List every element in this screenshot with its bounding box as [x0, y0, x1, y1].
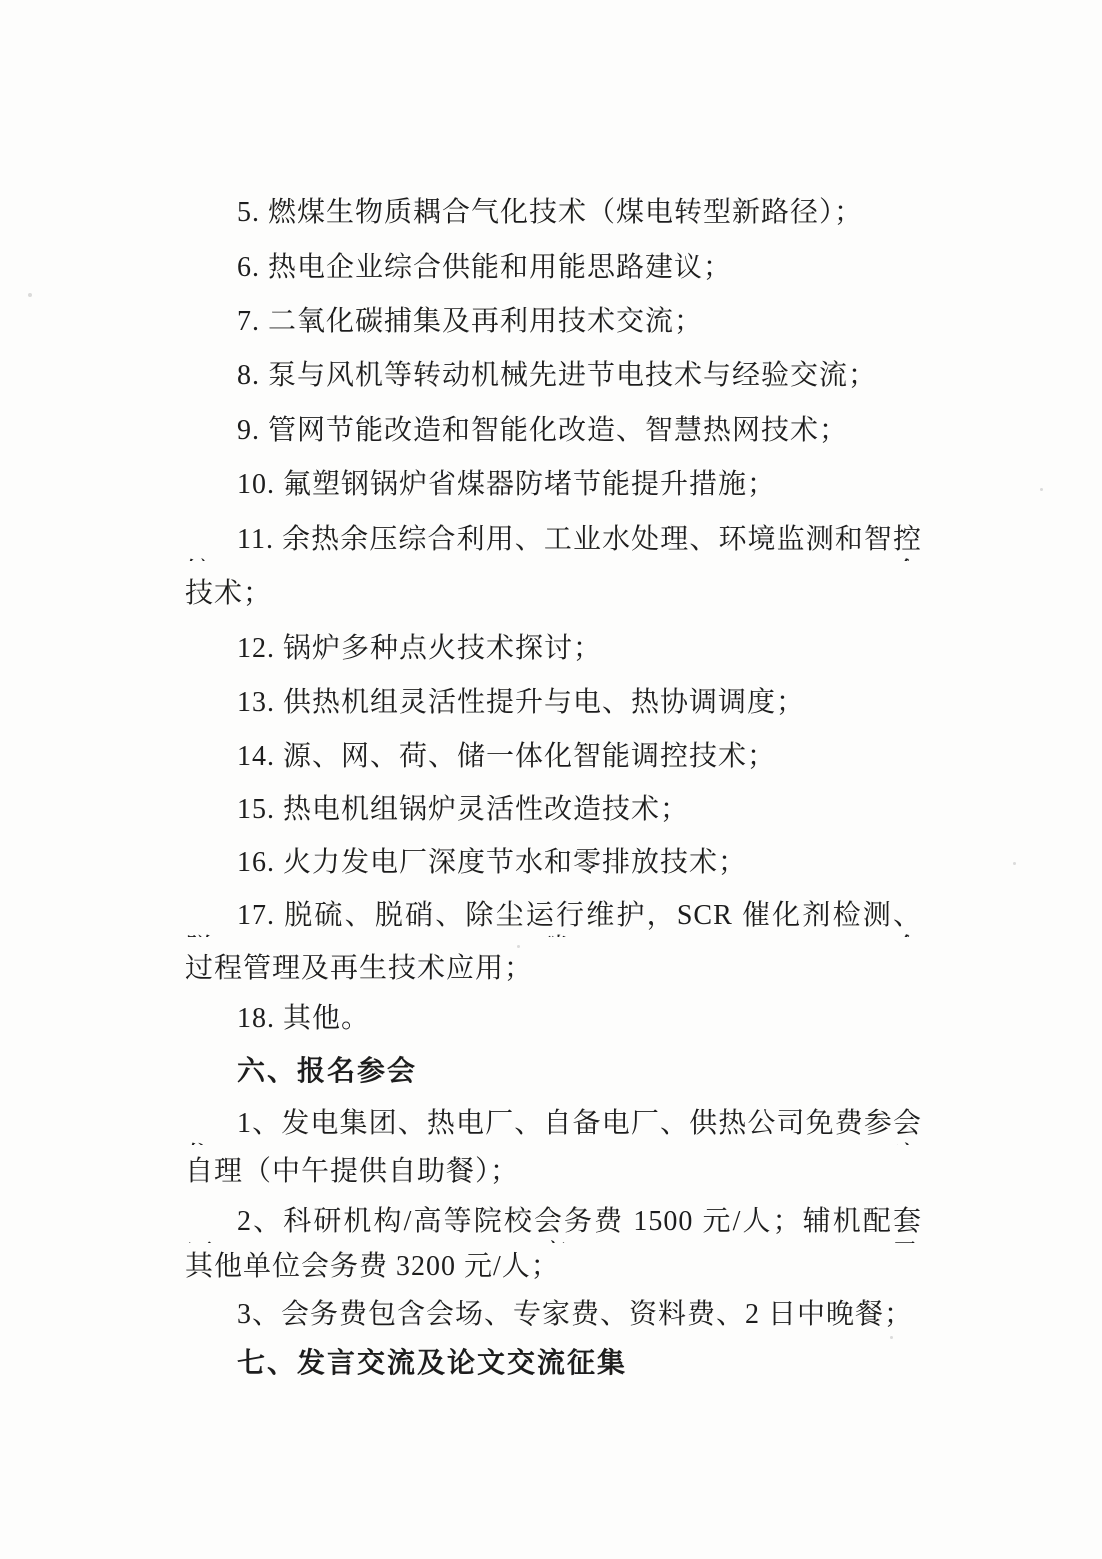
scan-speck [517, 945, 520, 948]
registration-item-3: 3、会务费包含会场、专家费、资料费、2 日中晚餐； [185, 1298, 922, 1332]
scan-speck [1013, 862, 1016, 865]
list-item-14: 14. 源、网、荷、储一体化智能调控技术； [185, 740, 922, 774]
section-heading-6-registration: 六、报名参会 [185, 1055, 922, 1089]
list-item-11: 11. 余热余压综合利用、工业水处理、环境监测和智控综合 [185, 523, 922, 561]
list-item-9: 9. 管网节能改造和智能化改造、智慧热网技术； [185, 414, 922, 448]
list-item-8: 8. 泵与风机等转动机械先进节电技术与经验交流； [185, 359, 922, 393]
scan-speck [1040, 488, 1043, 491]
list-item-17: 17. 脱硫、脱硝、除尘运行维护，SCR 催化剂检测、脱硝全 [185, 899, 922, 937]
registration-item-2-continuation: 其他单位会务费 3200 元/人； [185, 1250, 922, 1284]
list-item-13: 13. 供热机组灵活性提升与电、热协调调度； [185, 686, 922, 720]
registration-item-2-fees: 2、科研机构/高等院校会务费 1500 元/人；辅机配套厂商及 [185, 1205, 922, 1243]
list-item-7: 7. 二氧化碳捕集及再利用技术交流； [185, 305, 922, 339]
list-item-16: 16. 火力发电厂深度节水和零排放技术； [185, 846, 922, 880]
list-item-11-continuation: 技术； [185, 577, 922, 611]
scan-speck [28, 293, 32, 297]
registration-item-1: 1、发电集团、热电厂、自备电厂、供热公司免费参会住宿 [185, 1107, 922, 1145]
scan-speck [890, 1336, 893, 1339]
list-item-18: 18. 其他。 [185, 1002, 922, 1036]
list-item-17-continuation: 过程管理及再生技术应用； [185, 952, 922, 986]
document-page: 5. 燃煤生物质耦合气化技术（煤电转型新路径）； 6. 热电企业综合供能和用能思… [0, 0, 1102, 1559]
registration-item-1-continuation: 自理（中午提供自助餐）； [185, 1155, 922, 1189]
list-item-10: 10. 氟塑钢锅炉省煤器防堵节能提升措施； [185, 468, 922, 502]
list-item-6: 6. 热电企业综合供能和用能思路建议； [185, 251, 922, 285]
section-heading-7-papers: 七、发言交流及论文交流征集 [185, 1347, 922, 1381]
list-item-5: 5. 燃煤生物质耦合气化技术（煤电转型新路径）； [185, 196, 922, 230]
list-item-12: 12. 锅炉多种点火技术探讨； [185, 632, 922, 666]
list-item-15: 15. 热电机组锅炉灵活性改造技术； [185, 793, 922, 827]
